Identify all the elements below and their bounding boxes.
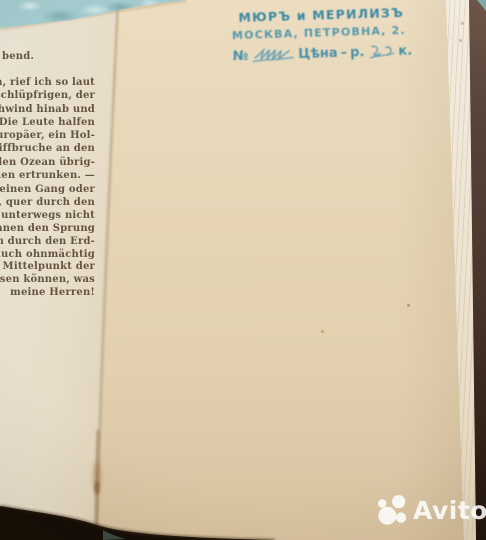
watermark: Avito bbox=[376, 493, 486, 529]
avito-logo-icon bbox=[376, 493, 410, 529]
watermark-label: Avito bbox=[413, 494, 486, 528]
bottom-shadow bbox=[0, 0, 486, 540]
book-photo: bend. egen, rief ich so laut und schlüpf… bbox=[0, 0, 486, 540]
